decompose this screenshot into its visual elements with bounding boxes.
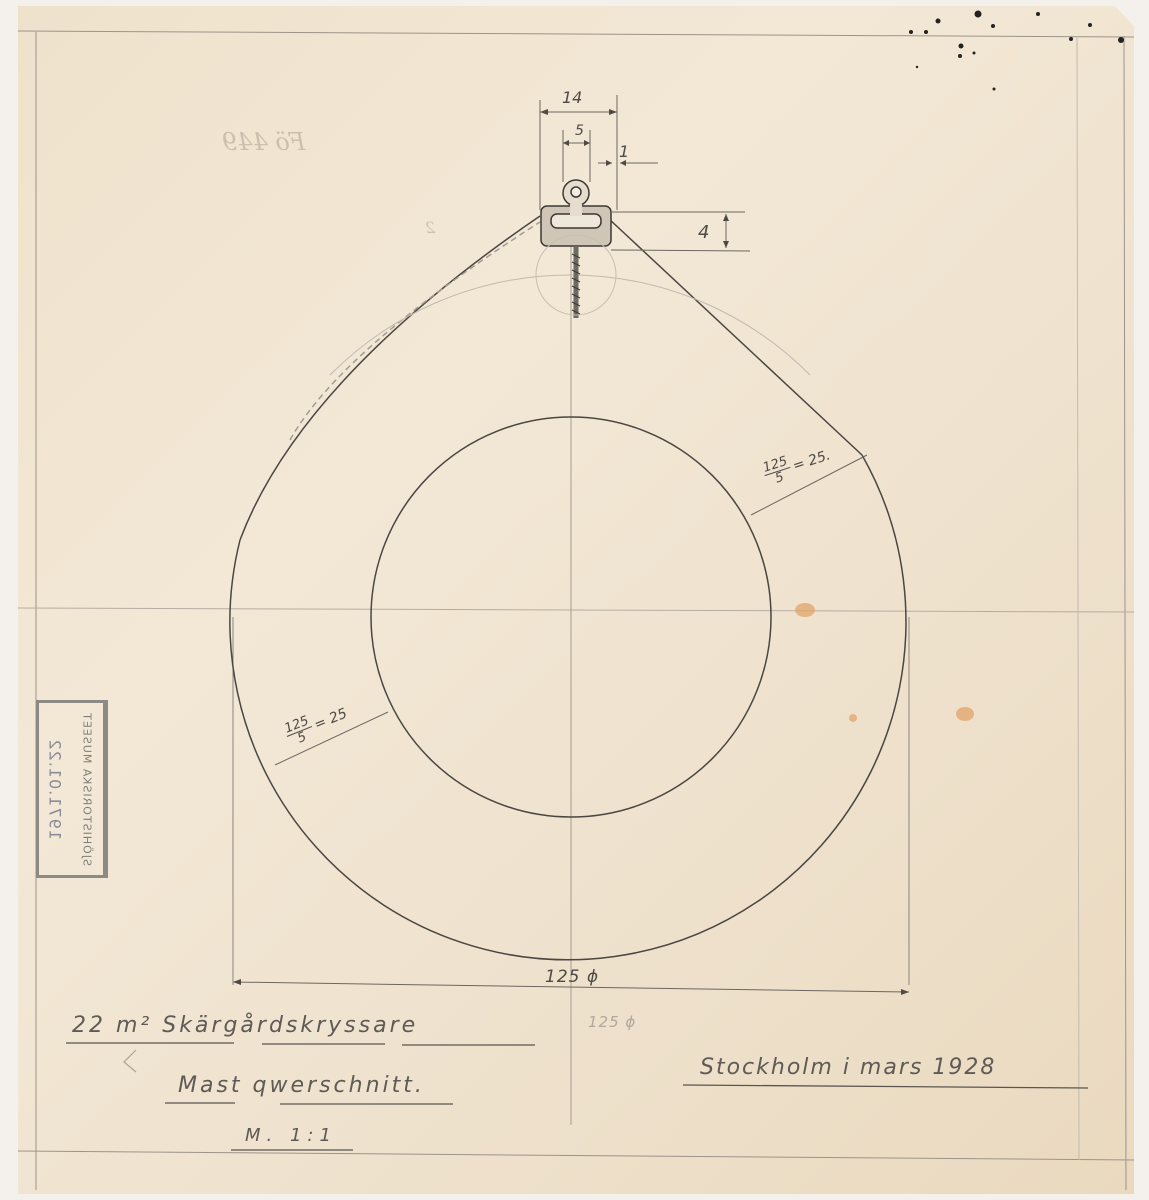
stamp-date: 1971.01.22 — [39, 703, 71, 875]
stamp-institution: SJÖHISTORISKA MUSEET — [71, 703, 105, 875]
title-underlines — [0, 0, 1149, 1200]
archive-stamp: 1971.01.22 SJÖHISTORISKA MUSEET — [36, 700, 108, 878]
